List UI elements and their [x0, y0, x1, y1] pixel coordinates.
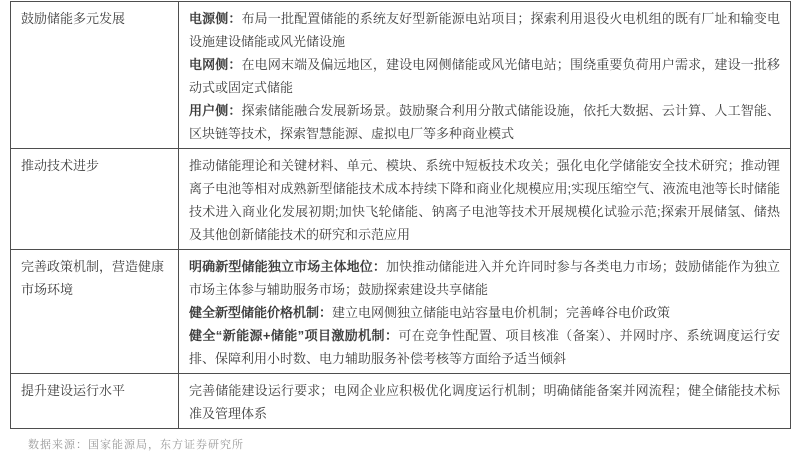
category-cell: 推动技术进步 — [11, 149, 179, 249]
detail-cell: 电源侧：布局一批配置储能的系统友好型新能源电站项目；探索利用退役火电机组的既有厂… — [179, 2, 790, 148]
item-label: 健全“新能源+储能”项目激励机制： — [189, 328, 398, 343]
table-row: 鼓励储能多元发展电源侧：布局一批配置储能的系统友好型新能源电站项目；探索利用退役… — [11, 2, 790, 148]
policy-table: 鼓励储能多元发展电源侧：布局一批配置储能的系统友好型新能源电站项目；探索利用退役… — [10, 1, 791, 429]
item-text: 推动储能理论和关键材料、单元、模块、系统中短板技术攻关；强化电化学储能安全技术研… — [189, 158, 780, 242]
category-cell: 提升建设运行水平 — [11, 374, 179, 428]
table-row: 推动技术进步推动储能理论和关键材料、单元、模块、系统中短板技术攻关；强化电化学储… — [11, 148, 790, 249]
item-text: 建立电网侧独立储能电站容量电价机制；完善峰谷电价政策 — [332, 305, 670, 320]
detail-item: 用户侧：探索储能融合发展新场景。鼓励聚合利用分散式储能设施，依托大数据、云计算、… — [189, 99, 780, 145]
item-text: 完善储能建设运行要求；电网企业应积极优化调度运行机制；明确储能备案并网流程；健全… — [189, 383, 780, 421]
detail-item: 推动储能理论和关键材料、单元、模块、系统中短板技术攻关；强化电化学储能安全技术研… — [189, 154, 780, 246]
item-label: 用户侧： — [189, 103, 242, 118]
detail-item: 健全“新能源+储能”项目激励机制：可在竞争性配置、项目核准（备案）、并网时序、系… — [189, 324, 780, 370]
detail-cell: 推动储能理论和关键材料、单元、模块、系统中短板技术攻关；强化电化学储能安全技术研… — [179, 149, 790, 249]
category-cell: 鼓励储能多元发展 — [11, 2, 179, 148]
page-container: 鼓励储能多元发展电源侧：布局一批配置储能的系统友好型新能源电站项目；探索利用退役… — [0, 0, 800, 456]
detail-item: 电网侧：在电网末端及偏远地区，建设电网侧储能或风光储电站；围绕重要负荷用户需求，… — [189, 53, 780, 99]
item-label: 明确新型储能独立市场主体地位： — [189, 259, 386, 274]
detail-item: 电源侧：布局一批配置储能的系统友好型新能源电站项目；探索利用退役火电机组的既有厂… — [189, 7, 780, 53]
item-text: 探索储能融合发展新场景。鼓励聚合利用分散式储能设施，依托大数据、云计算、人工智能… — [189, 103, 780, 141]
category-cell: 完善政策机制，营造健康市场环境 — [11, 250, 179, 373]
item-label: 电网侧： — [189, 57, 242, 72]
item-label: 健全新型储能价格机制： — [189, 305, 332, 320]
detail-item: 完善储能建设运行要求；电网企业应积极优化调度运行机制；明确储能备案并网流程；健全… — [189, 379, 780, 425]
detail-cell: 完善储能建设运行要求；电网企业应积极优化调度运行机制；明确储能备案并网流程；健全… — [179, 374, 790, 428]
data-source-note: 数据来源：国家能源局，东方证券研究所 — [10, 436, 791, 452]
table-row: 提升建设运行水平完善储能建设运行要求；电网企业应积极优化调度运行机制；明确储能备… — [11, 373, 790, 428]
item-label: 电源侧： — [189, 11, 242, 26]
table-row: 完善政策机制，营造健康市场环境明确新型储能独立市场主体地位：加快推动储能进入并允… — [11, 249, 790, 373]
item-text: 在电网末端及偏远地区，建设电网侧储能或风光储电站；围绕重要负荷用户需求，建设一批… — [189, 57, 780, 95]
detail-item: 健全新型储能价格机制：建立电网侧独立储能电站容量电价机制；完善峰谷电价政策 — [189, 301, 780, 324]
item-text: 布局一批配置储能的系统友好型新能源电站项目；探索利用退役火电机组的既有厂址和输变… — [189, 11, 780, 49]
detail-item: 明确新型储能独立市场主体地位：加快推动储能进入并允许同时参与各类电力市场；鼓励储… — [189, 255, 780, 301]
detail-cell: 明确新型储能独立市场主体地位：加快推动储能进入并允许同时参与各类电力市场；鼓励储… — [179, 250, 790, 373]
